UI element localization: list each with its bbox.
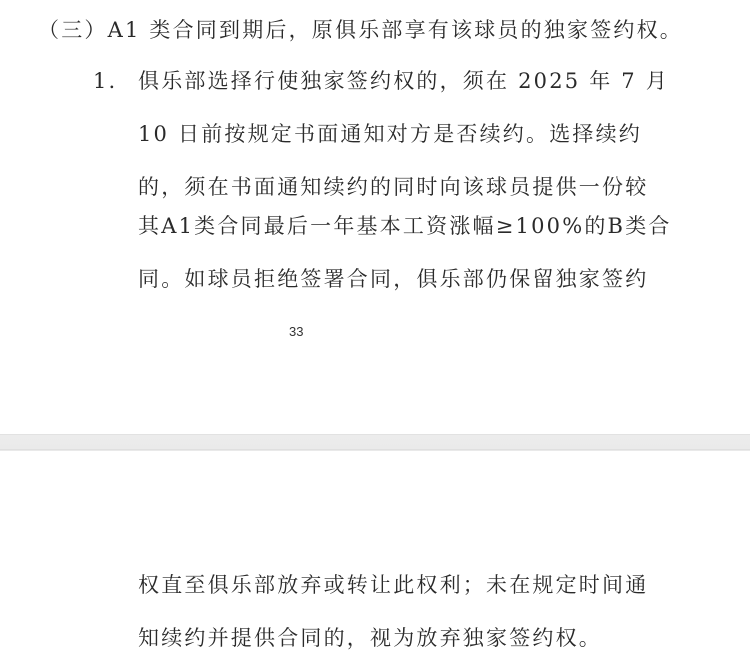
paragraph-line: 俱乐部选择行使独家签约权的，须在 2025 年 7 月 (138, 67, 669, 95)
paragraph-line: 其A1类合同最后一年基本工资涨幅≥100%的B类合 (138, 212, 672, 240)
section-heading: （三）A1 类合同到期后，原俱乐部享有该球员的独家签约权。 (38, 16, 683, 44)
page-separator (0, 434, 750, 451)
document-page-33: （三）A1 类合同到期后，原俱乐部享有该球员的独家签约权。 1. 俱乐部选择行使… (0, 0, 750, 434)
paragraph-line: 同。如球员拒绝签署合同，俱乐部仍保留独家签约 (138, 265, 648, 293)
paragraph-line: 知续约并提供合同的，视为放弃独家签约权。 (138, 624, 602, 652)
list-item-number: 1. (93, 67, 117, 95)
paragraph-line: 权直至俱乐部放弃或转让此权利；未在规定时间通 (138, 571, 648, 599)
paragraph-line: 的，须在书面通知续约的同时向该球员提供一份较 (138, 173, 648, 201)
page-number: 33 (289, 324, 303, 339)
paragraph-line: 10 日前按规定书面通知对方是否续约。选择续约 (138, 120, 642, 148)
